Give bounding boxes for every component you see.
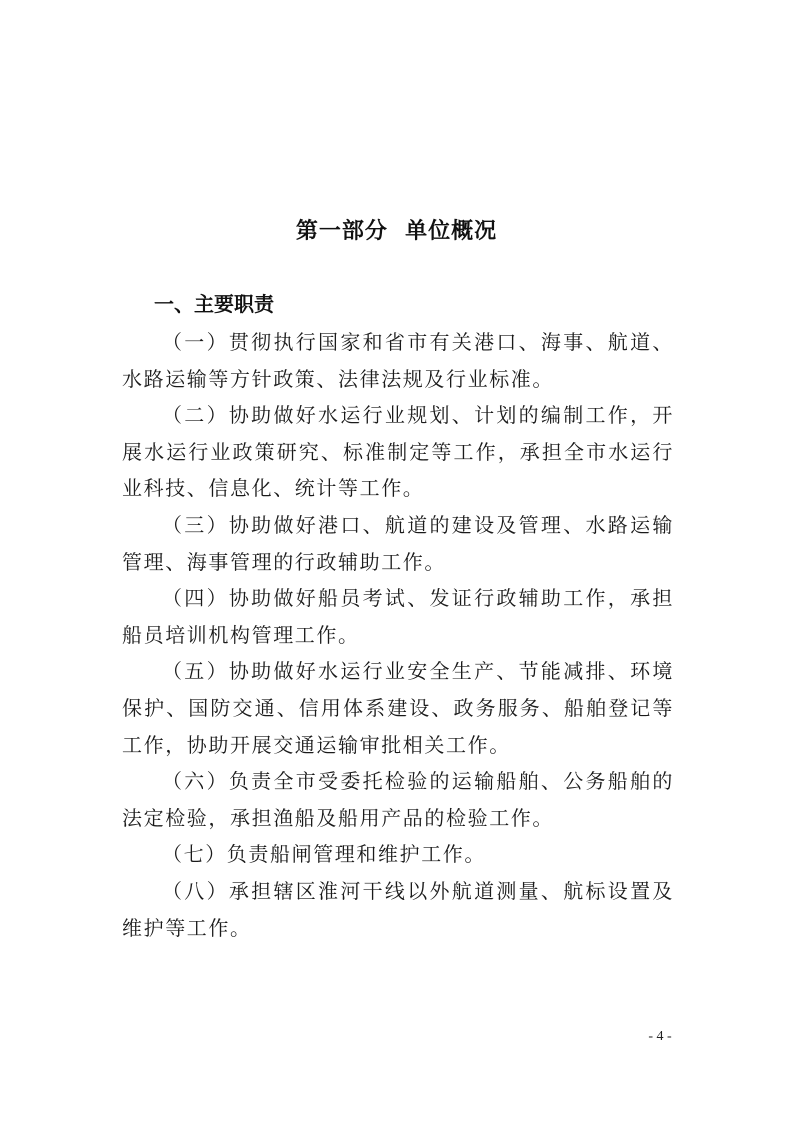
part-title: 第一部分 单位概况 [0, 214, 793, 250]
body-text: （一）贯彻执行国家和省市有关港口、海事、航道、水路运输等方针政策、法律法规及行业… [122, 324, 674, 946]
section-heading: 一、主要职责 [154, 286, 274, 322]
duty-paragraph-4: （四）协助做好船员考试、发证行政辅助工作，承担船员培训机构管理工作。 [122, 580, 674, 653]
duty-paragraph-3: （三）协助做好港口、航道的建设及管理、水路运输管理、海事管理的行政辅助工作。 [122, 507, 674, 580]
duty-paragraph-7: （七）负责船闸管理和维护工作。 [122, 836, 674, 873]
duty-paragraph-8: （八）承担辖区淮河干线以外航道测量、航标设置及维护等工作。 [122, 873, 674, 946]
document-page: 第一部分 单位概况 一、主要职责 （一）贯彻执行国家和省市有关港口、海事、航道、… [0, 0, 793, 1122]
duty-paragraph-1: （一）贯彻执行国家和省市有关港口、海事、航道、水路运输等方针政策、法律法规及行业… [122, 324, 674, 397]
duty-paragraph-6: （六）负责全市受委托检验的运输船舶、公务船舶的法定检验，承担渔船及船用产品的检验… [122, 763, 674, 836]
page-number: - 4 - [640, 1028, 680, 1046]
duty-paragraph-2: （二）协助做好水运行业规划、计划的编制工作，开展水运行业政策研究、标准制定等工作… [122, 397, 674, 507]
duty-paragraph-5: （五）协助做好水运行业安全生产、节能减排、环境保护、国防交通、信用体系建设、政务… [122, 653, 674, 763]
